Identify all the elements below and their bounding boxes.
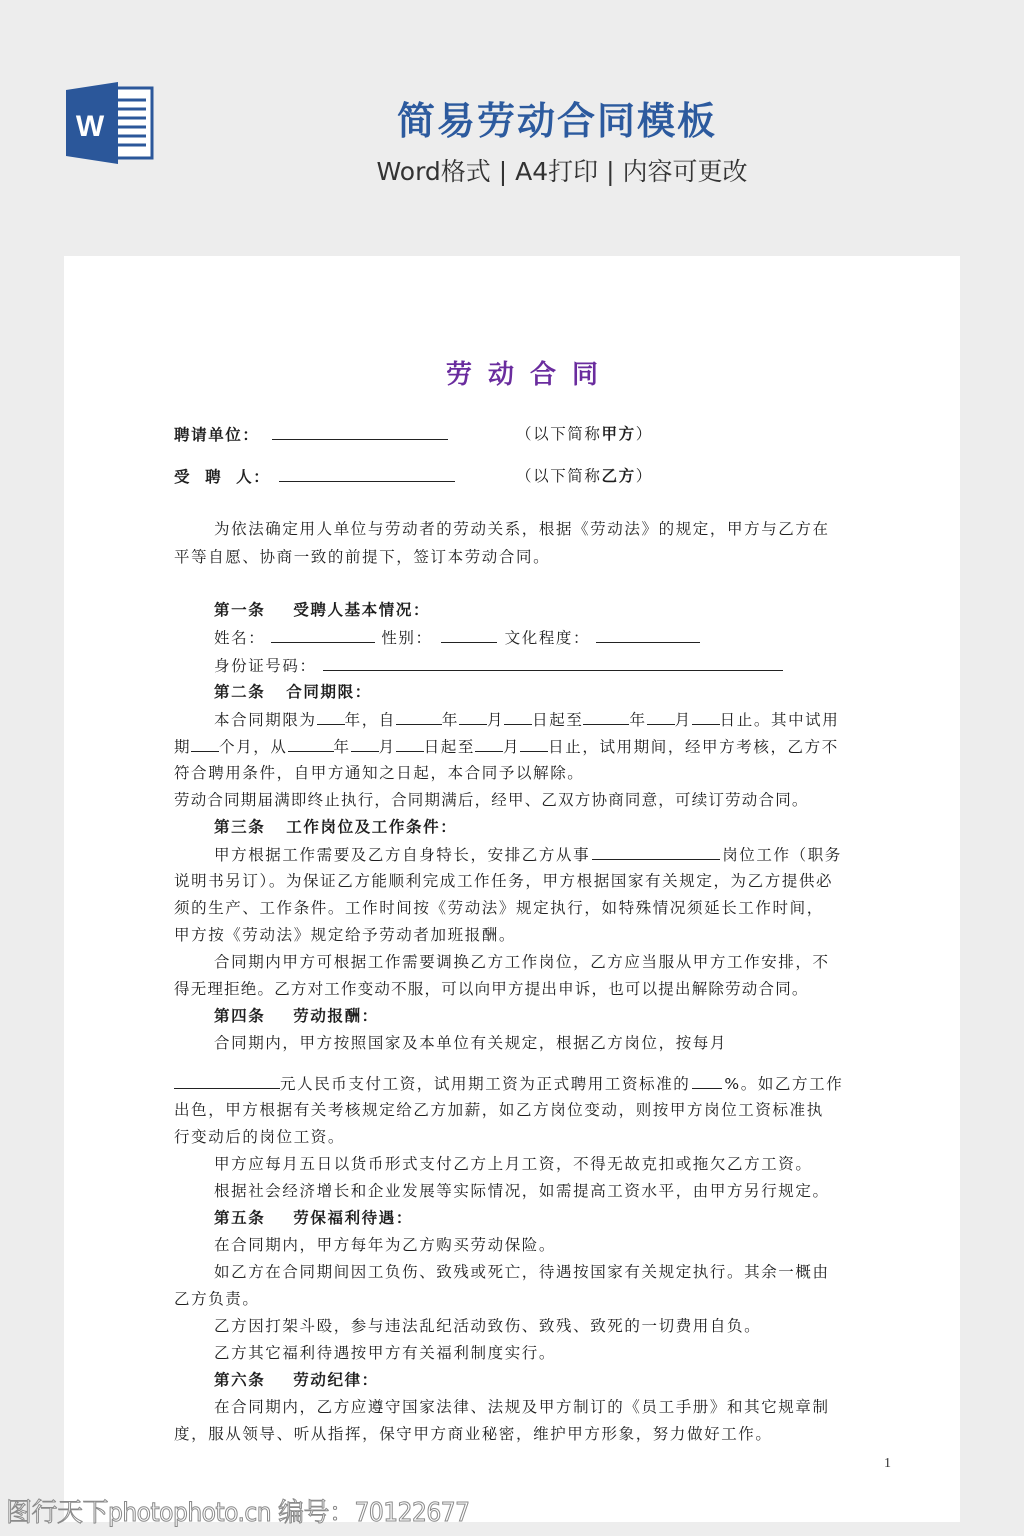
body-line: 甲方按《劳动法》规定给予劳动者加班报酬。 (174, 925, 516, 945)
article-4-heading: 第四条 劳动报酬： (214, 1006, 379, 1026)
body-line: 合同期内甲方可根据工作需要调换乙方工作岗位，乙方应当服从甲方工作安排，不 (214, 952, 830, 972)
id-number-field[interactable] (323, 655, 783, 671)
body-line: 合同期内，甲方按照国家及本单位有关规定，根据乙方岗位，按每月 (214, 1033, 727, 1053)
body-line: 符合聘用条件，自甲方通知之日起，本合同予以解除。 (174, 763, 584, 783)
article-5-heading: 第五条 劳保福利待遇： (214, 1208, 413, 1228)
body-line: 甲方应每月五日以货币形式支付乙方上月工资，不得无故克扣或拖欠乙方工资。 (214, 1154, 813, 1174)
body-line: 须的生产、工作条件。工作时间按《劳动法》规定执行，如特殊情况须延长工作时间， (174, 898, 824, 918)
body-line: 劳动合同期届满即终止执行，合同期满后，经甲、乙双方协商同意，可续订劳动合同。 (174, 790, 809, 810)
page-number: 1 (884, 1456, 891, 1472)
body-line: 乙方负责。 (174, 1289, 260, 1309)
employer-field[interactable] (272, 424, 448, 440)
body-line: 出色，甲方根据有关考核规定给乙方加薪，如乙方岗位变动，则按甲方岗位工资标准执 (174, 1100, 824, 1120)
body-line: 如乙方在合同期间因工负伤、致残或死亡，待遇按国家有关规定执行。其余一概由 (214, 1262, 830, 1282)
body-line: 根据社会经济增长和企业发展等实际情况，如需提高工资水平，由甲方另行规定。 (214, 1181, 830, 1201)
education-field[interactable] (596, 627, 700, 643)
employee-field[interactable] (279, 466, 455, 482)
body-line: 得无理拒绝。乙方对工作变动不服，可以向甲方提出申诉，也可以提出解除劳动合同。 (174, 979, 809, 999)
article-6-heading: 第六条 劳动纪律： (214, 1370, 379, 1390)
preamble-line: 为依法确定用人单位与劳动者的劳动关系，根据《劳动法》的规定，甲方与乙方在 (214, 519, 830, 539)
salary-line: 元人民币支付工资，试用期工资为正式聘用工资标准的%。如乙方工作 (174, 1073, 843, 1094)
position-field[interactable] (592, 844, 720, 860)
article-1-heading: 第一条 受聘人基本情况： (214, 600, 430, 620)
position-line: 甲方根据工作需要及乙方自身特长，安排乙方从事岗位工作（职务 (214, 844, 842, 865)
probation-line: 期个月，从年月日起至月日止，试用期间，经甲方考核，乙方不 (174, 736, 839, 757)
document-title: 劳动合同 (0, 354, 1024, 391)
employer-label: 聘请单位： (174, 426, 260, 444)
watermark: 图行天下photophoto.cn 编号：70122677 (6, 1492, 470, 1529)
gender-field[interactable] (441, 627, 497, 643)
contract-term-line: 本合同期限为年，自年月日起至年月日止。其中试用 (214, 709, 839, 730)
body-line: 说明书另订）。为保证乙方能顺利完成工作任务，甲方根据国家有关规定，为乙方提供必 (174, 871, 833, 891)
employer-note: （以下简称甲方） (516, 424, 653, 444)
employee-note: （以下简称乙方） (516, 466, 653, 486)
body-line: 乙方其它福利待遇按甲方有关福利制度实行。 (214, 1343, 556, 1363)
body-line: 度，服从领导、听从指挥，保守甲方商业秘密，维护甲方形象，努力做好工作。 (174, 1424, 773, 1444)
employee-label: 受 聘 人： (174, 468, 270, 486)
article-2-heading: 第二条 合同期限： (214, 682, 372, 702)
body-line: 在合同期内，甲方每年为乙方购买劳动保险。 (214, 1235, 556, 1255)
body-line: 行变动后的岗位工资。 (174, 1127, 345, 1147)
party-employee-row: 受 聘 人： (174, 466, 455, 487)
probation-percent-field[interactable] (692, 1073, 722, 1089)
body-line: 在合同期内，乙方应遵守国家法律、法规及甲方制订的《员工手册》和其它规章制 (214, 1397, 830, 1417)
name-field[interactable] (271, 627, 375, 643)
salary-field[interactable] (174, 1078, 280, 1089)
id-number-row: 身份证号码： (214, 655, 783, 676)
article-1-fields: 姓名：性别：文化程度： (214, 627, 700, 648)
body-line: 乙方因打架斗殴，参与违法乱纪活动致伤、致残、致死的一切费用自负。 (214, 1316, 761, 1336)
party-employer-row: 聘请单位： (174, 424, 448, 445)
banner-title: 简易劳动合同模板 (0, 90, 1024, 145)
banner-subtitle: Word格式 | A4打印 | 内容可更改 (0, 152, 1024, 188)
preamble-line: 平等自愿、协商一致的前提下，签订本劳动合同。 (174, 547, 550, 567)
article-3-heading: 第三条 工作岗位及工作条件： (214, 817, 457, 837)
